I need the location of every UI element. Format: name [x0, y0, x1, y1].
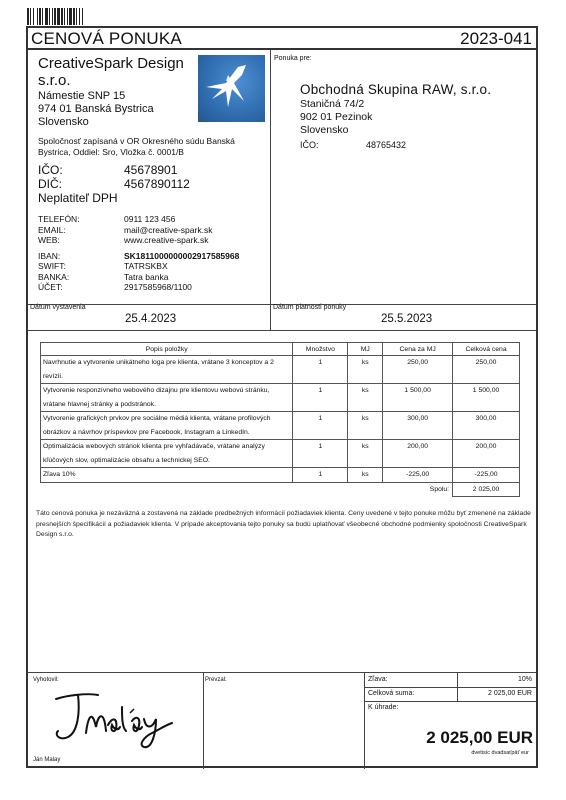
table-row: Zľava 10%1ks-225,00-225,00 [41, 468, 520, 483]
item-description: Vytvorenie responzívneho webového dizajn… [41, 384, 293, 412]
iban-value: SK1811000000002917585968 [124, 251, 239, 262]
item-unit-price: 250,00 [383, 356, 453, 384]
barcode [27, 8, 120, 25]
divider [203, 673, 204, 769]
item-description: Optimalizácia webových stránok klienta p… [41, 440, 293, 468]
item-unit-price: 1 500,00 [383, 384, 453, 412]
item-unit: ks [348, 440, 383, 468]
amount-due: 2 025,00 EUR [426, 728, 533, 748]
amount-in-words: dvetisíc dvadsaťpäť eur [471, 750, 529, 756]
footer: Vyhotovil: Ján Malay Prevzal: Zľava: 10%… [28, 672, 536, 768]
web-value[interactable]: www.creative-spark.sk [124, 235, 209, 246]
terms-note: Táto cenová ponuka je nezáväzná a zostav… [36, 509, 534, 541]
supplier-name: CreativeSpark Design s.r.o. [38, 55, 203, 89]
items-table: Popis položky Množstvo MJ Cena za MJ Cel… [40, 342, 520, 497]
total-value: 2 025,00 EUR [488, 690, 532, 697]
phone-value: 0911 123 456 [124, 214, 175, 225]
divider [270, 50, 271, 304]
col-description: Popis položky [41, 343, 293, 356]
total-label: Celková suma: [368, 690, 414, 697]
prepared-label: Vyhotovil: [33, 677, 59, 683]
account-value: 2917585968/1100 [124, 282, 192, 293]
table-row: Vytvorenie grafických prvkov pre sociáln… [41, 412, 520, 440]
item-total: 1 500,00 [453, 384, 520, 412]
title-bar: CENOVÁ PONUKA 2023-041 [28, 28, 536, 50]
received-label: Prevzal: [205, 677, 227, 683]
client-label: Ponuka pre: [274, 55, 312, 62]
item-description: Vytvorenie grafických prvkov pre sociáln… [41, 412, 293, 440]
email-value[interactable]: mail@creative-spark.sk [124, 225, 212, 236]
item-qty: 1 [293, 440, 348, 468]
divider [364, 687, 536, 688]
supplier-bank: IBAN:SK1811000000002917585968 SWIFT:TATR… [38, 251, 268, 293]
item-unit-price: -225,00 [383, 468, 453, 483]
item-qty: 1 [293, 356, 348, 384]
bank-value: Tatra banka [124, 272, 168, 283]
item-total: 250,00 [453, 356, 520, 384]
client-street: Staničná 74/2 [300, 98, 491, 111]
due-label: K úhrade: [368, 704, 398, 711]
table-row: Vytvorenie responzívneho webového dizajn… [41, 384, 520, 412]
divider [364, 701, 536, 702]
item-unit-price: 200,00 [383, 440, 453, 468]
document-title: CENOVÁ PONUKA [31, 29, 182, 49]
col-qty: Množstvo [293, 343, 348, 356]
col-unit: MJ [348, 343, 383, 356]
col-total: Celková cena [453, 343, 520, 356]
item-unit-price: 300,00 [383, 412, 453, 440]
col-unit-price: Cena za MJ [383, 343, 453, 356]
item-unit: ks [348, 356, 383, 384]
item-unit: ks [348, 384, 383, 412]
item-qty: 1 [293, 384, 348, 412]
discount-value: 10% [518, 676, 532, 683]
supplier-dic: DIČ: 4567890112 [38, 177, 268, 191]
client-city: 902 01 Pezinok [300, 111, 491, 124]
discount-label: Zľava: [368, 676, 388, 683]
signature-image [48, 687, 178, 753]
issue-date: Dátum vystavenia 25.4.2023 [28, 304, 270, 330]
table-row: Optimalizácia webových stránok klienta p… [41, 440, 520, 468]
valid-date: Dátum platnosti ponuky 25.5.2023 [271, 304, 536, 330]
item-unit: ks [348, 412, 383, 440]
item-description: Zľava 10% [41, 468, 293, 483]
spark-logo-icon [198, 55, 265, 122]
quote-document: CENOVÁ PONUKA 2023-041 CreativeSpark Des… [26, 26, 538, 768]
vat-status: Neplatiteľ DPH [38, 191, 268, 205]
sum-value: 2 025,00 [453, 482, 520, 497]
item-unit: ks [348, 468, 383, 483]
client-block: Obchodná Skupina RAW, s.r.o. Staničná 74… [300, 81, 491, 150]
item-qty: 1 [293, 412, 348, 440]
supplier-registration: Spoločnosť zapísaná v OR Okresného súdu … [38, 136, 268, 158]
client-ico: IČO: 48765432 [300, 140, 491, 150]
item-description: Navrhnutie a vytvorenie unikátneho loga … [41, 356, 293, 384]
item-total: 200,00 [453, 440, 520, 468]
item-total: 300,00 [453, 412, 520, 440]
item-total: -225,00 [453, 468, 520, 483]
table-header: Popis položky Množstvo MJ Cena za MJ Cel… [41, 343, 520, 356]
swift-value: TATRSKBX [124, 261, 168, 272]
divider [28, 330, 536, 331]
client-country: Slovensko [300, 124, 491, 137]
document-number: 2023-041 [460, 29, 532, 49]
supplier-ico: IČO: 45678901 [38, 163, 268, 177]
item-qty: 1 [293, 468, 348, 483]
prepared-name: Ján Malay [33, 757, 60, 763]
table-row: Navrhnutie a vytvorenie unikátneho loga … [41, 356, 520, 384]
supplier-contacts: TELEFÓN:0911 123 456 EMAIL:mail@creative… [38, 214, 268, 246]
sum-row: Spolu: 2 025,00 [41, 482, 520, 497]
sum-label: Spolu: [383, 482, 453, 497]
client-name: Obchodná Skupina RAW, s.r.o. [300, 81, 491, 98]
